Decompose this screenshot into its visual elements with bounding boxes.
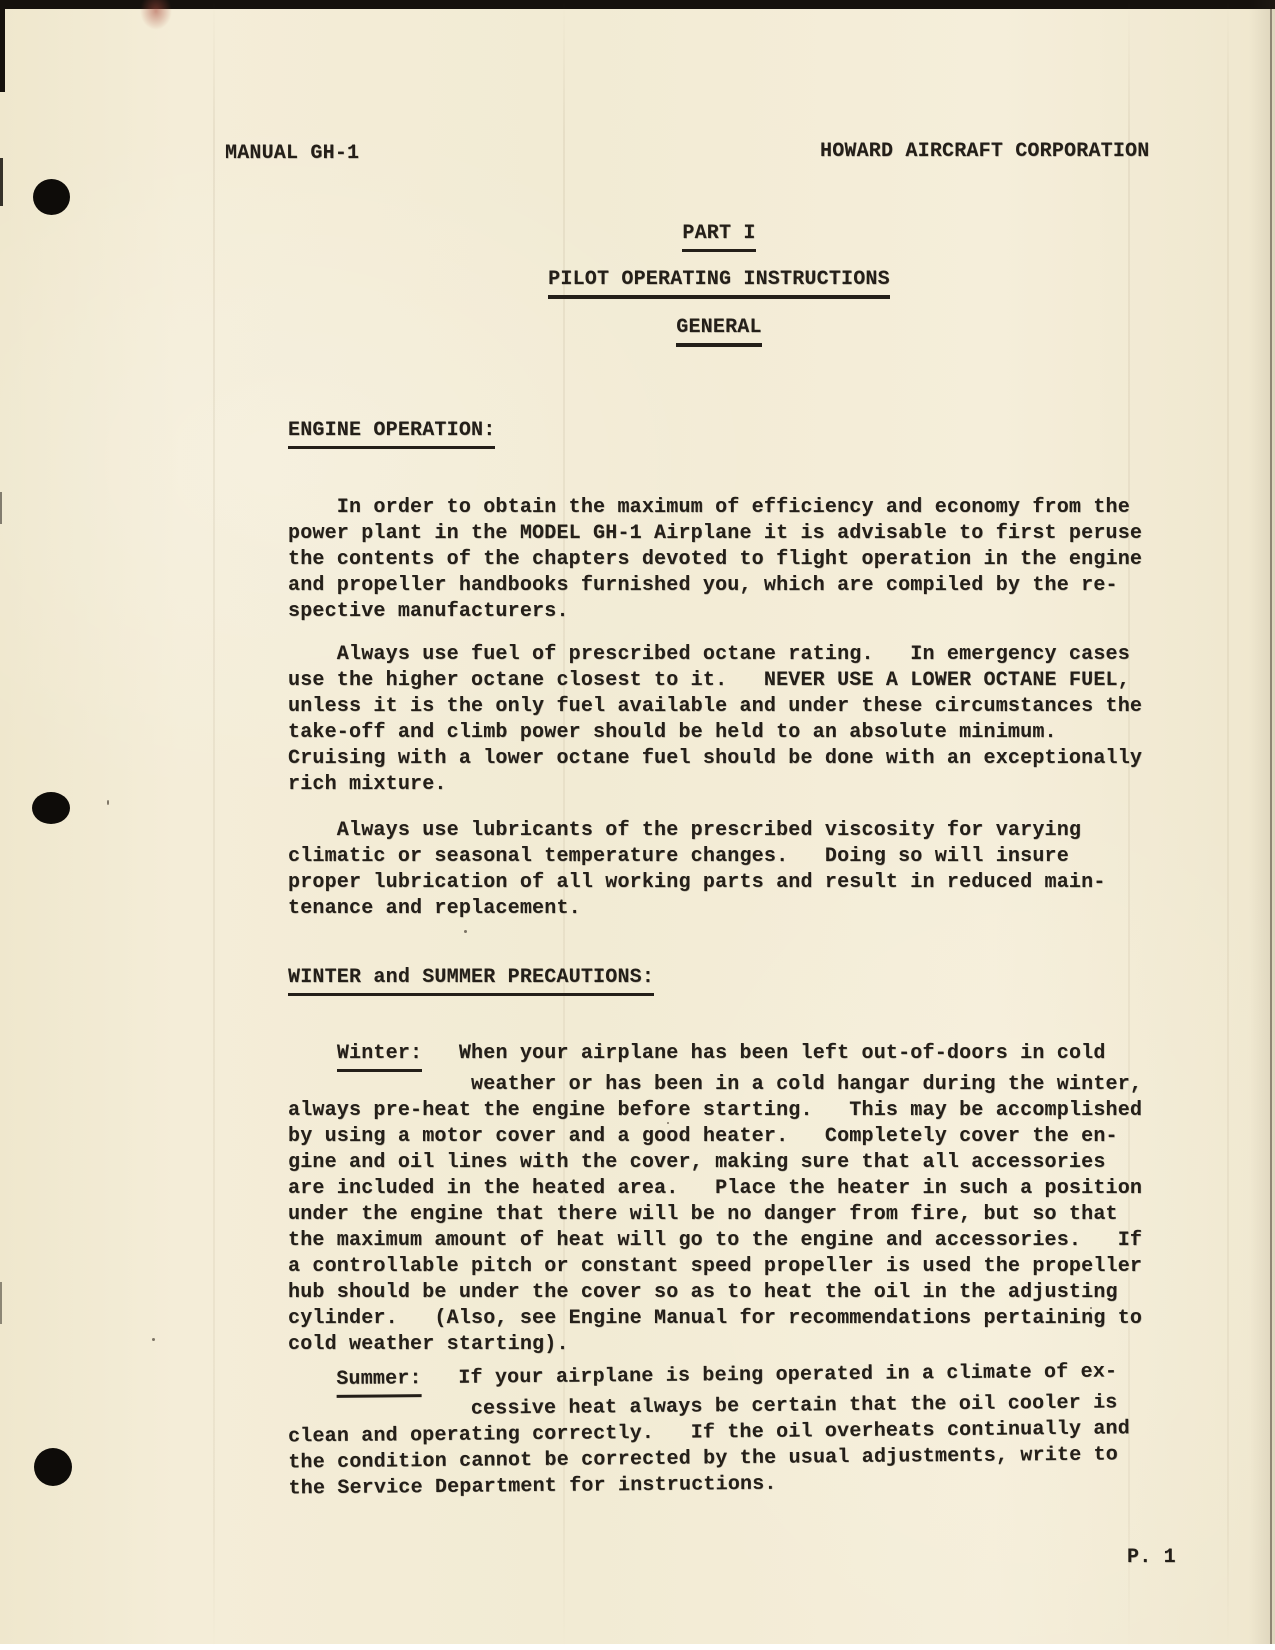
paper-stain <box>140 0 172 30</box>
scan-edge-left-mark <box>0 158 3 206</box>
engine-operation-heading: ENGINE OPERATION: <box>288 418 495 449</box>
scan-edge-bottom <box>0 1644 1275 1650</box>
hole-punch <box>32 792 70 824</box>
hole-punch <box>34 1448 72 1486</box>
engine-operation-paragraph-1: In order to obtain the maximum of effici… <box>288 495 1150 625</box>
precautions-heading: WINTER and SUMMER PRECAUTIONS: <box>288 965 654 996</box>
winter-paragraph: Winter: When your airplane has been left… <box>288 1041 1150 1358</box>
engine-operation-heading-row: ENGINE OPERATION: <box>288 418 1150 449</box>
paper-crease <box>213 0 215 1650</box>
hole-punch <box>33 179 70 215</box>
part-title: PART I <box>682 221 755 252</box>
paper-crease <box>1227 0 1229 1650</box>
paper-speck <box>464 930 467 933</box>
summer-indent <box>287 1368 336 1391</box>
engine-operation-paragraph-2: Always use fuel of prescribed octane rat… <box>288 642 1150 798</box>
scan-edge-left-mark <box>0 492 2 524</box>
summer-label: Summer: <box>336 1366 422 1398</box>
paper-speck <box>152 1338 155 1341</box>
scan-edge-left <box>0 0 5 92</box>
sub-title: GENERAL <box>676 315 761 347</box>
winter-label: Winter: <box>337 1041 422 1072</box>
scan-edge-top <box>0 0 1275 9</box>
scan-edge-left-mark <box>0 1282 2 1324</box>
document-page: MANUAL GH-1 HOWARD AIRCRAFT CORPORATION … <box>0 0 1275 1650</box>
summer-paragraph: Summer: If your airplane is being operat… <box>287 1359 1150 1502</box>
engine-operation-paragraph-3: Always use lubricants of the prescribed … <box>288 818 1150 922</box>
page-number: P. 1 <box>1127 1545 1176 1571</box>
header-manual-number: MANUAL GH-1 <box>225 141 359 167</box>
winter-indent <box>288 1042 337 1065</box>
paper-speck <box>107 800 109 805</box>
header-company-name: HOWARD AIRCRAFT CORPORATION <box>820 139 1149 165</box>
main-title: PILOT OPERATING INSTRUCTIONS <box>548 267 890 299</box>
sub-title-row: GENERAL <box>288 315 1150 347</box>
winter-body: When your airplane has been left out-of-… <box>288 1042 1142 1356</box>
main-title-row: PILOT OPERATING INSTRUCTIONS <box>288 267 1150 299</box>
paper-edge-shading <box>1249 0 1275 1650</box>
part-title-row: PART I <box>288 221 1150 252</box>
precautions-heading-row: WINTER and SUMMER PRECAUTIONS: <box>288 965 1150 996</box>
